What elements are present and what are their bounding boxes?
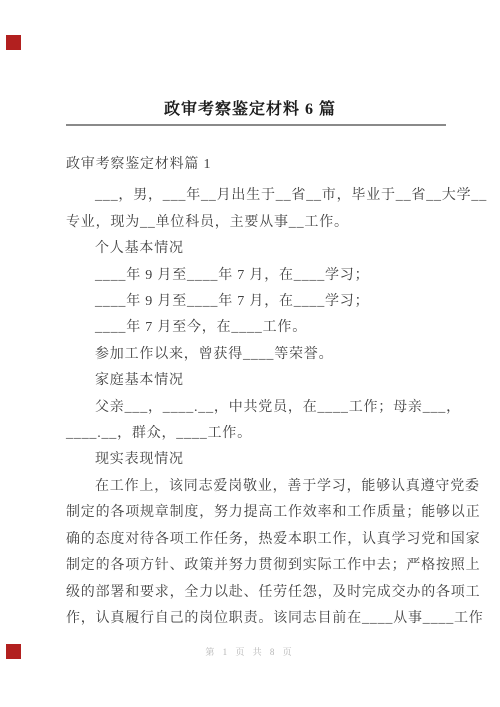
text-line: 级的部署和要求，全力以赴、任劳任怨，及时完成交办的各项工 — [66, 580, 476, 606]
text-line: 父亲___，____.__，中共党员，在____工作；母亲___， — [66, 395, 476, 421]
text-line: 参加工作以来，曾获得____等荣誉。 — [66, 342, 476, 368]
document-body: 政审考察鉴定材料篇 1 ___，男，___年__月出生于__省__市，毕业于__… — [66, 152, 476, 632]
page-number: 第 1 页 共 8 页 — [0, 645, 500, 658]
title-divider — [66, 124, 446, 126]
text-line: 家庭基本情况 — [66, 368, 476, 394]
text-line: ____年 7 月至今，在____工作。 — [66, 315, 476, 341]
text-line: 制定的各项规章制度，努力提高工作效率和工作质量；能够以正 — [66, 500, 476, 526]
document-page: 政审考察鉴定材料 6 篇 政审考察鉴定材料篇 1 ___，男，___年__月出生… — [0, 0, 500, 707]
text-line: ____.__，群众，____工作。 — [66, 421, 476, 447]
text-line: 现实表现情况 — [66, 447, 476, 473]
red-square-marker-top-icon — [6, 35, 21, 50]
text-line: 确的态度对待各项工作任务，热爱本职工作，认真学习党和国家 — [66, 527, 476, 553]
text-line: 制定的各项方针、政策并努力贯彻到实际工作中去；严格按照上 — [66, 553, 476, 579]
text-line: 作，认真履行自己的岗位职责。该同志目前在____从事____工作 — [66, 606, 476, 632]
text-line: ____年 9 月至____年 7 月，在____学习； — [66, 289, 476, 315]
text-line: 个人基本情况 — [66, 236, 476, 262]
text-line: 在工作上，该同志爱岗敬业，善于学习，能够认真遵守党委 — [66, 474, 476, 500]
text-line: ____年 9 月至____年 7 月，在____学习； — [66, 263, 476, 289]
text-line: ___，男，___年__月出生于__省__市，毕业于__省__大学__ — [66, 183, 476, 209]
document-title: 政审考察鉴定材料 6 篇 — [0, 0, 500, 122]
text-line-heading: 政审考察鉴定材料篇 1 — [66, 152, 476, 178]
text-line: 专业，现为__单位科员，主要从事__工作。 — [66, 210, 476, 236]
